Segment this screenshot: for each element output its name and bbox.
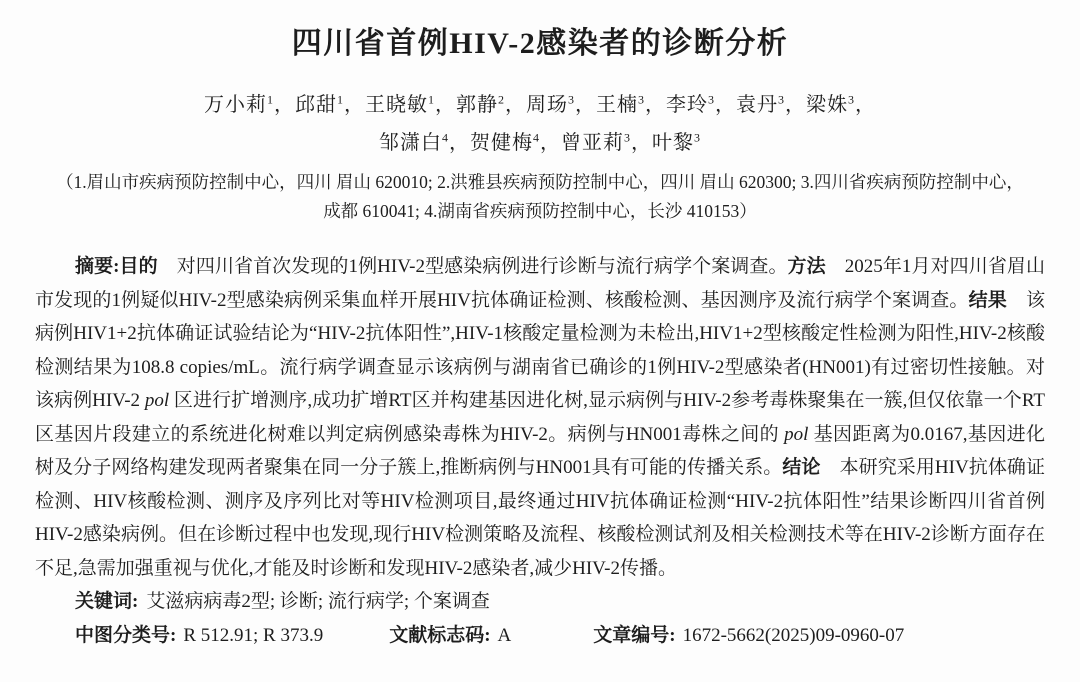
author-name: 王楠	[596, 94, 638, 116]
author-affiliation-sup: 3	[694, 130, 701, 144]
abstract-methods-label: 方法	[788, 256, 826, 277]
abstract-objective-label: 摘要:目的	[75, 256, 158, 277]
author: 王晓敏1，	[365, 94, 456, 116]
author-affiliation-sup: 1	[428, 92, 435, 106]
author-affiliation-sup: 2	[498, 92, 505, 106]
author-name: 叶黎	[652, 132, 694, 154]
article-meta-line: 中图分类号:R 512.91; R 373.9 文献标志码:A 文章编号:167…	[35, 619, 1045, 653]
author-name: 袁丹	[736, 94, 778, 116]
author: 曾亚莉3，	[561, 132, 652, 154]
article-id: 文章编号:1672-5662(2025)09-0960-07	[593, 619, 904, 653]
author-list: 万小莉1，邱甜1，王晓敏1，郭静2，周玚3，王楠3，李玲3，袁丹3，梁姝3， 邹…	[35, 86, 1045, 162]
author-name: 贺健梅	[470, 132, 533, 154]
author-separator: ，	[785, 94, 806, 116]
author-name: 周玚	[526, 94, 568, 116]
author-line-1: 万小莉1，邱甜1，王晓敏1，郭静2，周玚3，王楠3，李玲3，袁丹3，梁姝3，	[35, 86, 1045, 124]
author-affiliation-sup: 3	[638, 92, 645, 106]
author-separator: ，	[505, 94, 526, 116]
author-separator: ，	[715, 94, 736, 116]
author-separator: ，	[274, 94, 295, 116]
author-name: 曾亚莉	[561, 132, 624, 154]
author-affiliation-sup: 3	[778, 92, 785, 106]
article-id-label: 文章编号:	[593, 625, 675, 646]
author: 梁姝3，	[806, 94, 876, 116]
author-affiliation-sup: 3	[624, 130, 631, 144]
author: 周玚3，	[526, 94, 596, 116]
author: 邹潇白4，	[379, 132, 470, 154]
author-affiliation-sup: 3	[708, 92, 715, 106]
author-affiliation-sup: 1	[337, 92, 344, 106]
document-code-value: A	[498, 625, 512, 646]
keywords-line: 关键词:艾滋病病毒2型; 诊断; 流行病学; 个案调查	[35, 585, 1045, 619]
paper-title: 四川省首例HIV-2感染者的诊断分析	[35, 22, 1045, 66]
article-id-value: 1672-5662(2025)09-0960-07	[683, 625, 905, 646]
affiliation-list: （1.眉山市疾病预防控制中心，四川 眉山 620010; 2.洪雅县疾病预防控制…	[35, 168, 1045, 226]
author: 王楠3，	[596, 94, 666, 116]
affiliation-line-1: （1.眉山市疾病预防控制中心，四川 眉山 620010; 2.洪雅县疾病预防控制…	[35, 168, 1045, 197]
author: 贺健梅4，	[470, 132, 561, 154]
author-affiliation-sup: 4	[442, 130, 449, 144]
author: 万小莉1，	[204, 94, 295, 116]
author-separator: ，	[344, 94, 365, 116]
author-separator: ，	[855, 94, 876, 116]
author-name: 郭静	[456, 94, 498, 116]
author-separator: ，	[449, 132, 470, 154]
author-name: 邱甜	[295, 94, 337, 116]
abstract-results-label: 结果	[969, 290, 1007, 311]
keywords-label: 关键词:	[75, 591, 138, 612]
clc-label: 中图分类号:	[75, 625, 176, 646]
clc-number: 中图分类号:R 512.91; R 373.9	[75, 619, 323, 653]
gene-name-italic: pol	[784, 424, 808, 445]
author-separator: ，	[631, 132, 652, 154]
author: 叶黎3	[652, 132, 701, 154]
author-name: 万小莉	[204, 94, 267, 116]
author-affiliation-sup: 3	[568, 92, 575, 106]
author-name: 梁姝	[806, 94, 848, 116]
author-separator: ，	[540, 132, 561, 154]
author: 郭静2，	[456, 94, 526, 116]
author-name: 李玲	[666, 94, 708, 116]
document-code-label: 文献标志码:	[389, 625, 490, 646]
author-affiliation-sup: 3	[848, 92, 855, 106]
paper-page: 四川省首例HIV-2感染者的诊断分析 万小莉1，邱甜1，王晓敏1，郭静2，周玚3…	[0, 0, 1080, 682]
affiliation-line-2: 成都 610041; 4.湖南省疾病预防控制中心，长沙 410153）	[35, 197, 1045, 226]
keywords-text: 艾滋病病毒2型; 诊断; 流行病学; 个案调查	[146, 591, 490, 612]
abstract-paragraph: 摘要:目的 对四川省首次发现的1例HIV-2型感染病例进行诊断与流行病学个案调查…	[35, 250, 1045, 585]
author: 袁丹3，	[736, 94, 806, 116]
abstract-conclusion-label: 结论	[782, 457, 820, 478]
document-code: 文献标志码:A	[389, 619, 511, 653]
gene-name-italic: pol	[145, 390, 169, 411]
author-name: 王晓敏	[365, 94, 428, 116]
clc-value: R 512.91; R 373.9	[183, 625, 323, 646]
abstract-segment: 对四川省首次发现的1例HIV-2型感染病例进行诊断与流行病学个案调查。	[158, 256, 788, 277]
author-name: 邹潇白	[379, 132, 442, 154]
author: 李玲3，	[666, 94, 736, 116]
author-affiliation-sup: 1	[267, 92, 274, 106]
author-separator: ，	[435, 94, 456, 116]
author-affiliation-sup: 4	[533, 130, 540, 144]
author-line-2: 邹潇白4，贺健梅4，曾亚莉3，叶黎3	[35, 124, 1045, 162]
author: 邱甜1，	[295, 94, 365, 116]
author-separator: ，	[645, 94, 666, 116]
author-separator: ，	[575, 94, 596, 116]
